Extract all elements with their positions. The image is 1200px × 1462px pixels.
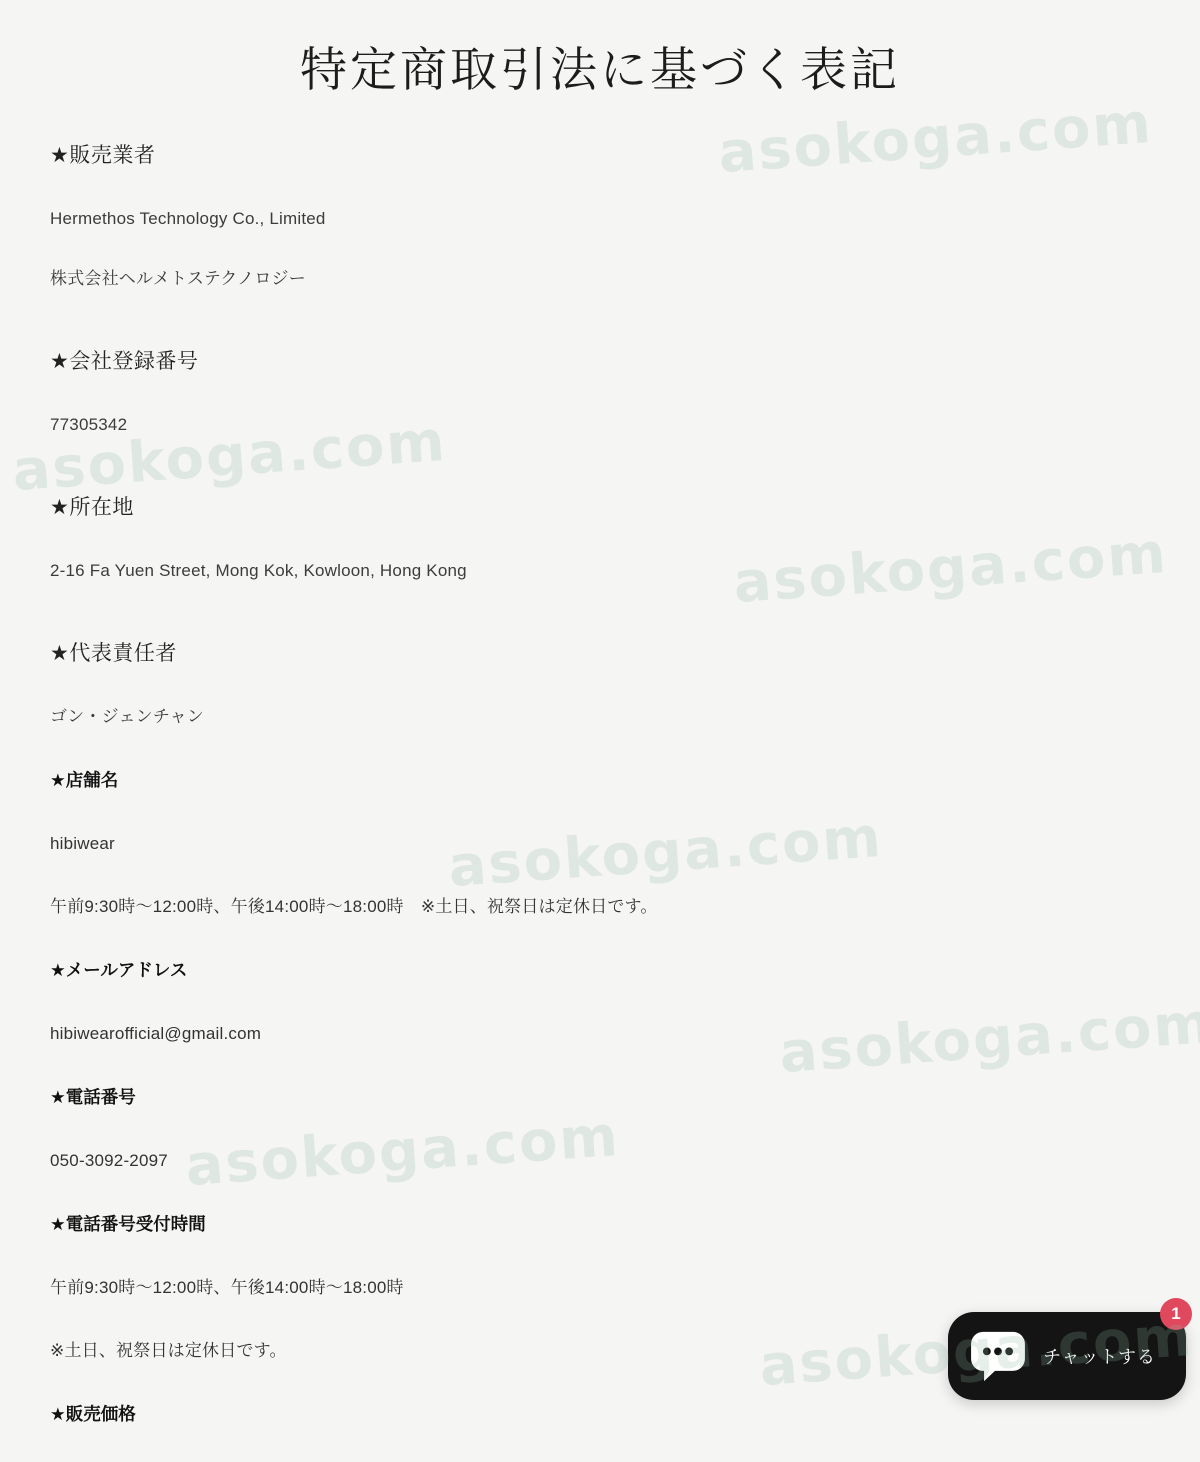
store-hours-note: 午前9:30時〜12:00時、午後14:00時〜18:00時 ※土日、祝祭日は定…	[50, 896, 1150, 917]
section-heading-email: ★メールアドレス	[50, 959, 1150, 981]
section-registration-number: ★会社登録番号 77305342	[50, 349, 1150, 435]
section-representative: ★代表責任者 ゴン・ジェンチャン	[50, 641, 1150, 727]
email-value: hibiwearofficial@gmail.com	[50, 1023, 1150, 1044]
section-heading-registration-number: ★会社登録番号	[50, 349, 1150, 375]
chat-button[interactable]: チャットする 1	[948, 1312, 1186, 1400]
section-store-name: ★店舗名 hibiwear 午前9:30時〜12:00時、午後14:00時〜18…	[50, 769, 1150, 917]
section-heading-store-name: ★店舗名	[50, 769, 1150, 791]
seller-company-jp: 株式会社ヘルメトステクノロジー	[50, 268, 1150, 289]
section-email: ★メールアドレス hibiwearofficial@gmail.com	[50, 959, 1150, 1044]
address-value: 2-16 Fa Yuen Street, Mong Kok, Kowloon, …	[50, 560, 1150, 581]
page-content: 特定商取引法に基づく表記 ★販売業者 Hermethos Technology …	[0, 0, 1200, 1425]
chat-bubble-icon	[970, 1330, 1026, 1382]
representative-name: ゴン・ジェンチャン	[50, 706, 1150, 727]
section-heading-phone: ★電話番号	[50, 1086, 1150, 1108]
section-sales-price: ★販売価格	[50, 1403, 1150, 1425]
phone-number-value: 050-3092-2097	[50, 1150, 1150, 1171]
section-heading-seller: ★販売業者	[50, 143, 1150, 169]
page-title: 特定商取引法に基づく表記	[50, 0, 1150, 98]
section-address: ★所在地 2-16 Fa Yuen Street, Mong Kok, Kowl…	[50, 495, 1150, 581]
seller-company-en: Hermethos Technology Co., Limited	[50, 208, 1150, 229]
section-heading-address: ★所在地	[50, 495, 1150, 521]
section-heading-sales-price: ★販売価格	[50, 1403, 1150, 1425]
section-seller: ★販売業者 Hermethos Technology Co., Limited …	[50, 143, 1150, 289]
legal-notice-page: asokoga.com asokoga.com asokoga.com asok…	[0, 0, 1200, 1462]
chat-notification-badge: 1	[1160, 1298, 1192, 1330]
section-phone: ★電話番号 050-3092-2097	[50, 1086, 1150, 1171]
store-name-value: hibiwear	[50, 833, 1150, 854]
section-heading-representative: ★代表責任者	[50, 641, 1150, 667]
phone-hours-value: 午前9:30時〜12:00時、午後14:00時〜18:00時	[50, 1277, 1150, 1298]
chat-button-label: チャットする	[1043, 1343, 1156, 1369]
section-heading-phone-hours: ★電話番号受付時間	[50, 1213, 1150, 1235]
registration-number-value: 77305342	[50, 414, 1150, 435]
